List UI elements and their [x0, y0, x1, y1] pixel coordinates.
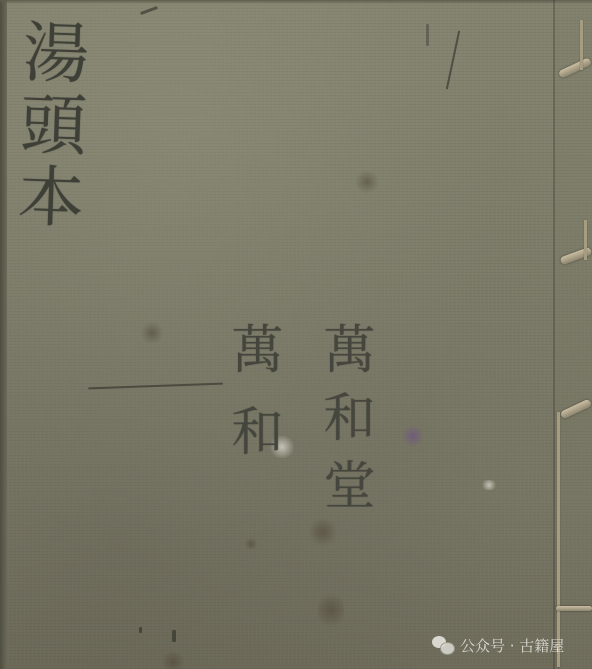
- binding-spine-strip: [555, 0, 592, 669]
- wechat-icon: [432, 636, 454, 654]
- top-edge-border: [0, 0, 592, 4]
- crack-mark: [88, 383, 223, 390]
- stain: [244, 538, 258, 550]
- ink-speck: [172, 630, 176, 642]
- shop-name-inscription: 萬和堂: [318, 322, 370, 526]
- stain: [140, 322, 164, 344]
- stain: [160, 652, 186, 669]
- stain: [355, 170, 379, 194]
- crack-mark: [446, 30, 460, 89]
- binding-cord-4: [556, 606, 592, 611]
- crack-mark: [140, 6, 158, 15]
- binding-cord-2-vertical: [584, 220, 587, 260]
- purple-ink-stain: [402, 426, 424, 446]
- binding-cord-1-vertical: [580, 20, 583, 70]
- cover-title: 湯頭本: [10, 17, 83, 235]
- ink-speck: [139, 627, 142, 633]
- white-mark: [480, 480, 498, 490]
- crack-mark: [426, 24, 429, 46]
- stain: [318, 590, 344, 630]
- left-edge-border: [0, 0, 7, 669]
- watermark-label: 公众号 · 古籍屋: [460, 635, 564, 656]
- shop-name-short-inscription: 萬和: [226, 322, 278, 486]
- watermark: 公众号 · 古籍屋: [432, 632, 564, 658]
- binding-cord-3-vertical: [557, 412, 560, 667]
- book-cover: 湯頭本 萬和堂 萬和 公众号 · 古籍屋: [0, 0, 592, 669]
- binding-spine-line: [553, 0, 555, 669]
